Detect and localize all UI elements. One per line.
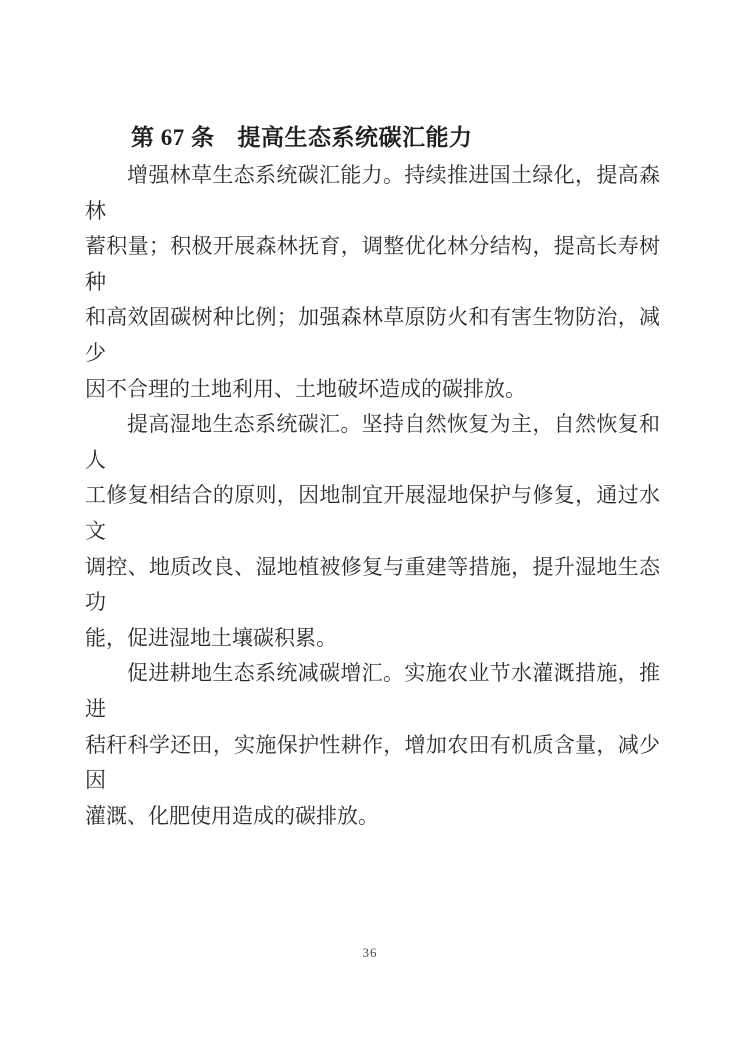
text-line: 和高效固碳树种比例；加强森林草原防火和有害生物防治，减少 xyxy=(85,300,660,371)
document-body: 增强林草生态系统碳汇能力。持续推进国土绿化，提高森林蓄积量；积极开展森林抚育，调… xyxy=(85,158,660,834)
text-line: 灌溉、化肥使用造成的碳排放。 xyxy=(85,799,660,835)
document-page: 第 67 条提高生态系统碳汇能力 增强林草生态系统碳汇能力。持续推进国土绿化，提… xyxy=(0,0,740,1047)
text-line: 调控、地质改良、湿地植被修复与重建等措施，提升湿地生态功 xyxy=(85,550,660,621)
text-line: 蓄积量；积极开展森林抚育，调整优化林分结构，提高长寿树种 xyxy=(85,229,660,300)
page-number: 36 xyxy=(363,945,378,960)
text-line: 能，促进湿地土壤碳积累。 xyxy=(85,621,660,657)
article-number: 第 67 条 xyxy=(131,125,215,150)
paragraph-3: 促进耕地生态系统减碳增汇。实施农业节水灌溉措施，推进秸秆科学还田，实施保护性耕作… xyxy=(85,656,660,834)
text-line: 秸秆科学还田，实施保护性耕作，增加农田有机质含量，减少因 xyxy=(85,728,660,799)
page-footer: 36 xyxy=(0,944,740,962)
text-line: 增强林草生态系统碳汇能力。持续推进国土绿化，提高森林 xyxy=(85,158,660,229)
article-heading: 第 67 条提高生态系统碳汇能力 xyxy=(85,118,660,158)
article-title: 提高生态系统碳汇能力 xyxy=(238,125,473,150)
text-line: 工修复相结合的原则，因地制宜开展湿地保护与修复，通过水文 xyxy=(85,478,660,549)
paragraph-1: 增强林草生态系统碳汇能力。持续推进国土绿化，提高森林蓄积量；积极开展森林抚育，调… xyxy=(85,158,660,407)
document-content: 第 67 条提高生态系统碳汇能力 增强林草生态系统碳汇能力。持续推进国土绿化，提… xyxy=(85,118,660,834)
text-line: 提高湿地生态系统碳汇。坚持自然恢复为主，自然恢复和人 xyxy=(85,407,660,478)
text-line: 因不合理的土地利用、土地破坏造成的碳排放。 xyxy=(85,372,660,408)
text-line: 促进耕地生态系统减碳增汇。实施农业节水灌溉措施，推进 xyxy=(85,656,660,727)
paragraph-2: 提高湿地生态系统碳汇。坚持自然恢复为主，自然恢复和人工修复相结合的原则，因地制宜… xyxy=(85,407,660,656)
